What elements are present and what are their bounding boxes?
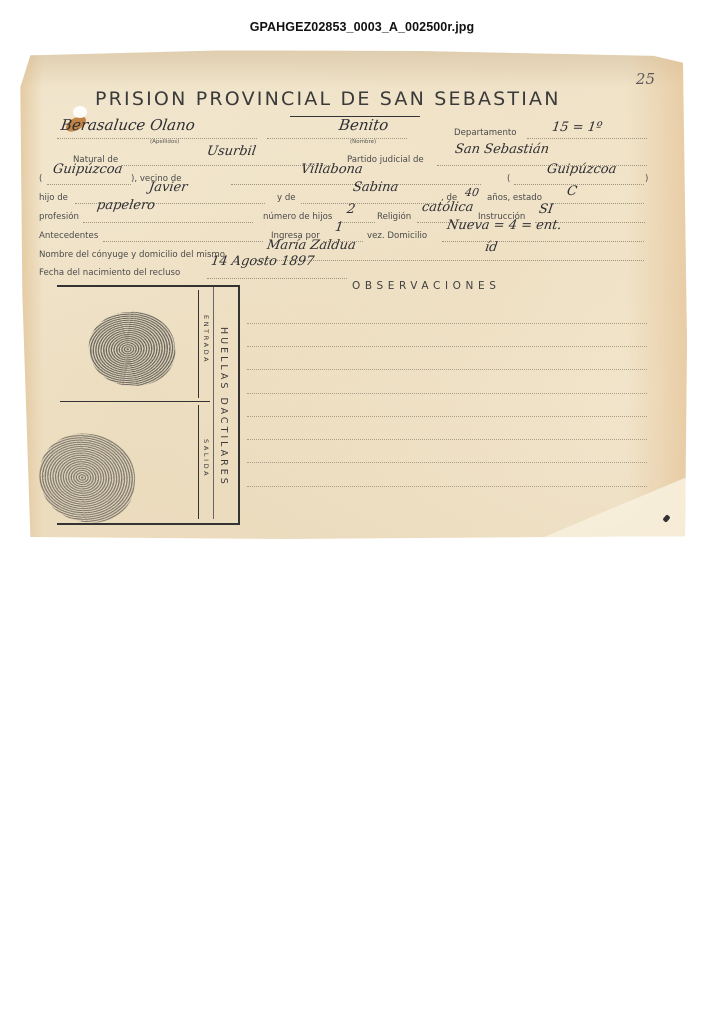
estado-value: C xyxy=(566,184,578,199)
observaciones-line xyxy=(247,416,647,417)
apellidos-value: Berasaluce Olano xyxy=(60,116,196,134)
open-paren-2: ( xyxy=(507,174,510,184)
fingerprint-divider xyxy=(198,290,199,398)
madre-value: Sabina xyxy=(352,180,399,195)
antecedentes-label: Antecedentes xyxy=(39,231,98,241)
numero-hijos-value: 2 xyxy=(346,202,356,217)
card-header-title: PRISION PROVINCIAL DE SAN SEBASTIAN xyxy=(95,88,561,110)
nombre-line xyxy=(267,138,407,139)
domicilio-line xyxy=(442,241,644,242)
profesion-line xyxy=(83,222,253,223)
numero-hijos-line xyxy=(339,222,375,223)
religion-label: Religión xyxy=(377,212,411,222)
open-paren: ( xyxy=(39,174,42,184)
archive-number: 25 xyxy=(636,70,655,88)
fingerprint-divider xyxy=(198,405,199,519)
observaciones-line xyxy=(247,439,647,440)
nombre-value: Benito xyxy=(338,116,390,134)
departamento-line xyxy=(527,138,647,139)
padre-value: Javier xyxy=(148,180,188,195)
profesion-label: profesión xyxy=(39,212,79,222)
partido-judicial-value: San Sebastián xyxy=(454,142,550,157)
observaciones-line xyxy=(247,486,647,487)
numero-hijos-label: número de hijos xyxy=(263,212,332,222)
y-de-label: y de xyxy=(277,193,296,203)
observaciones-line xyxy=(247,323,647,324)
entrada-label: ENTRADA xyxy=(202,315,210,364)
paper-edge-shading xyxy=(17,48,687,88)
salida-label: SALIDA xyxy=(202,439,210,478)
profesion-value: papelero xyxy=(96,198,156,213)
fingerprints-title: HUELLAS DACTILARES xyxy=(218,327,229,487)
departamento-label: Departamento xyxy=(454,128,517,138)
departamento-value: 15 = 1º xyxy=(551,120,603,135)
provincia-natural-value: Guipúzcoa xyxy=(52,162,123,177)
fecha-nacimiento-value: 14 Agosto 1897 xyxy=(210,254,315,269)
provincia-vecino-line xyxy=(514,184,644,185)
madre-line xyxy=(301,203,436,204)
observaciones-line xyxy=(247,346,647,347)
natural-de-line xyxy=(121,165,331,166)
provincia-natural-line xyxy=(47,184,131,185)
antecedentes-line xyxy=(103,241,263,242)
fingerprint-divider xyxy=(60,401,210,402)
hijo-de-label: hijo de xyxy=(39,193,68,203)
file-title: GPAHGEZ02853_0003_A_002500r.jpg xyxy=(0,20,724,34)
ingresa-por-value: 1 xyxy=(334,220,344,235)
estado-line xyxy=(552,203,644,204)
edad-value: 40 xyxy=(464,186,480,199)
instruccion-value: SI xyxy=(538,202,554,217)
paper-edge-shading xyxy=(627,48,687,540)
apellidos-label: (Apellidos) xyxy=(150,139,179,145)
natural-de-value: Usurbil xyxy=(206,144,257,159)
conyuge-value: María Zaldua xyxy=(266,238,357,253)
fingerprint-divider xyxy=(213,287,214,519)
fecha-nacimiento-line xyxy=(207,278,347,279)
prison-record-card: 25 PRISION PROVINCIAL DE SAN SEBASTIAN B… xyxy=(17,48,687,540)
conyuge-label: Nombre del cónyuge y domicilio del mismo xyxy=(39,250,225,260)
nombre-label: (Nombre) xyxy=(350,139,376,145)
close-paren-2: ) xyxy=(645,174,648,184)
anos-estado-label: años, estado xyxy=(487,193,542,203)
religion-value: católica xyxy=(421,200,475,215)
observaciones-line xyxy=(247,462,647,463)
vecino-de-value: Villabona xyxy=(300,162,364,177)
vez-domicilio-label: vez. Domicilio xyxy=(367,231,427,241)
observaciones-line xyxy=(247,369,647,370)
observaciones-title: OBSERVACIONES xyxy=(352,280,500,292)
provincia-vecino-value: Guipúzcoa xyxy=(546,162,617,177)
domicilio-value: Nueva = 4 = ent. xyxy=(446,218,563,233)
observaciones-line xyxy=(247,393,647,394)
conyuge-domicilio-value: íd xyxy=(484,240,499,255)
fecha-nacimiento-label: Fecha del nacimiento del recluso xyxy=(39,268,180,278)
